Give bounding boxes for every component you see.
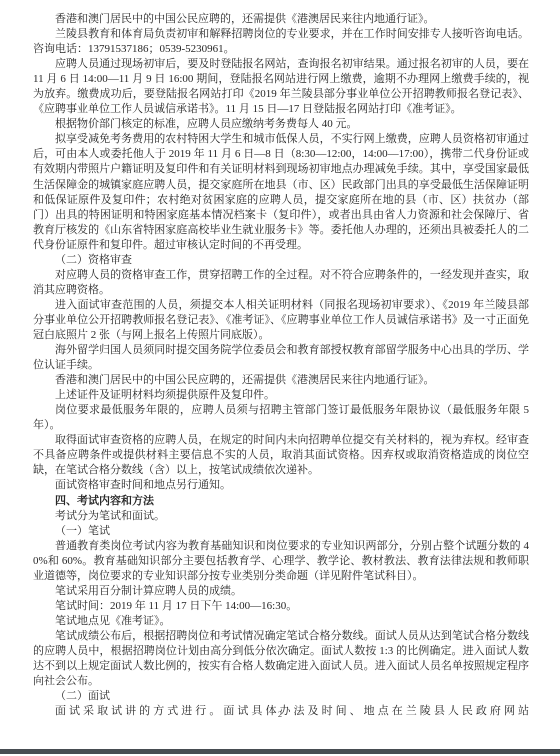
paragraph: 兰陵县教育和体育局负责初审和解释招聘岗位的专业要求，并在工作时间安排专人接听咨询… xyxy=(33,27,529,57)
window-bottom-bar xyxy=(0,749,560,754)
paragraph: （二）面试 xyxy=(33,689,529,704)
paragraph: 进入面试审查范围的人员，须提交本人相关证明材料（同报名现场初审要求）、《2019… xyxy=(33,298,529,343)
paragraph: 应聘人员通过现场初审后，要及时登陆报名网站，查询报名初审结果。通过报名初审的人员… xyxy=(33,57,529,117)
paragraph: （二）资格审查 xyxy=(33,253,529,268)
paragraph: 根据物价部门核定的标准，应聘人员应缴纳考务费每人 40 元。 xyxy=(33,117,529,132)
page-number: 2 xyxy=(0,709,560,719)
paragraph: 香港和澳门居民中的中国公民应聘的，还需提供《港澳居民来往内地通行证》。 xyxy=(33,373,529,388)
section-heading: 四、考试内容和方法 xyxy=(33,494,529,509)
paragraph: 考试分为笔试和面试。 xyxy=(33,509,529,524)
paragraph: 岗位要求最低服务年限的，应聘人员须与招聘主管部门签订最低服务年限协议（最低服务年… xyxy=(33,403,529,433)
paragraph: （一）笔试 xyxy=(33,524,529,539)
paragraph: 海外留学归国人员须同时提交国务院学位委员会和教育部授权教育部留学服务中心出具的学… xyxy=(33,343,529,373)
document-body: 香港和澳门居民中的中国公民应聘的，还需提供《港澳居民来往内地通行证》。兰陵县教育… xyxy=(33,12,529,719)
paragraph: 笔试地点见《准考证》。 xyxy=(33,614,529,629)
paragraph: 面试资格审查时间和地点另行通知。 xyxy=(33,478,529,493)
paragraph: 上述证件及证明材料均须提供原件及复印件。 xyxy=(33,388,529,403)
paragraph: 笔试时间：2019 年 11 月 17 日下午 14:00—16:30。 xyxy=(33,599,529,614)
paragraph: 对应聘人员的资格审查工作，贯穿招聘工作的全过程。对不符合应聘条件的，一经发现并查… xyxy=(33,268,529,298)
paragraph: 拟享受减免考务费用的农村特困大学生和城市低保人员，不实行网上缴费，应聘人员资格初… xyxy=(33,132,529,252)
paragraph: 笔试采用百分制计算应聘人员的成绩。 xyxy=(33,584,529,599)
paragraph: 普通教育类岗位考试内容为教育基础知识和岗位要求的专业知识两部分，分别占整个试题分… xyxy=(33,539,529,584)
paragraph: 取得面试审查资格的应聘人员，在规定的时间内未向招聘单位提交有关材料的，视为弃权。… xyxy=(33,433,529,478)
paragraph: 笔试成绩公布后，根据招聘岗位和考试情况确定笔试合格分数线。面试人员从达到笔试合格… xyxy=(33,629,529,689)
paragraph: 香港和澳门居民中的中国公民应聘的，还需提供《港澳居民来往内地通行证》。 xyxy=(33,12,529,27)
